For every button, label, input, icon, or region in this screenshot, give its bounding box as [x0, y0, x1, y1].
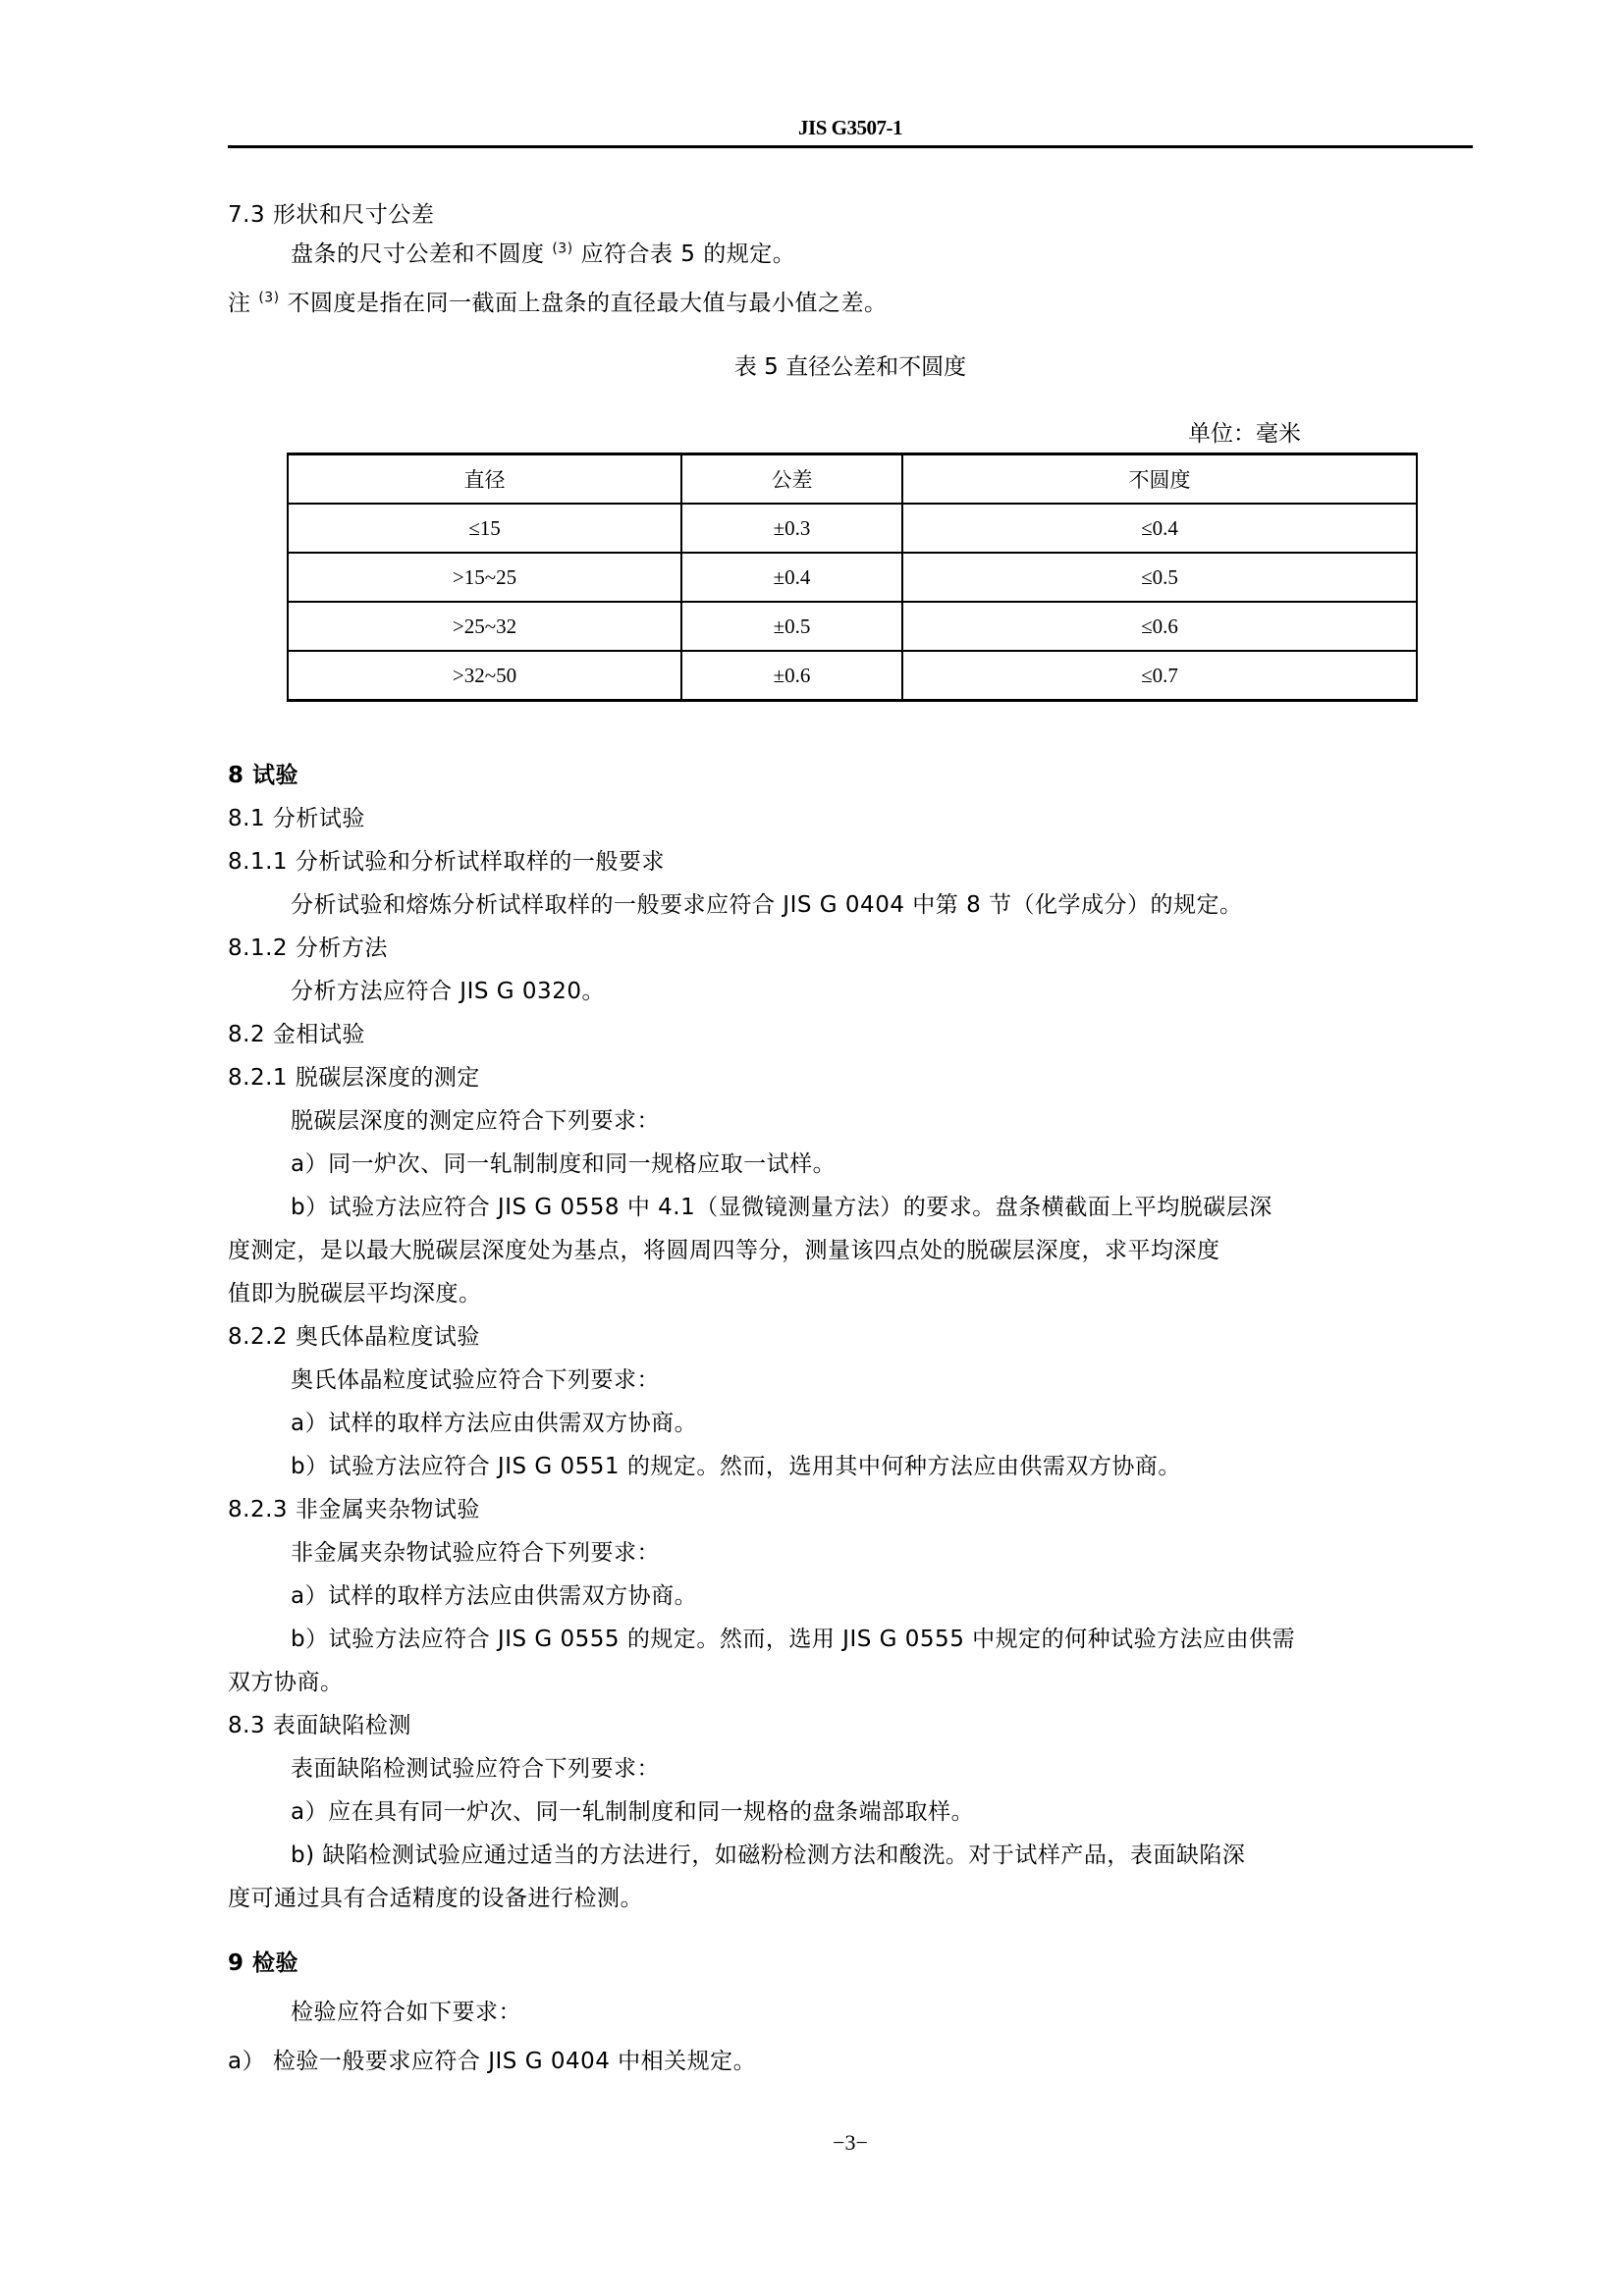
list-item-8-2-3-b-cont: 双方协商。	[228, 1668, 344, 1697]
table-5-unit: 单位：毫米	[1188, 415, 1301, 448]
paragraph-8-2-2-intro: 奥氏体晶粒度试验应符合下列要求：	[291, 1365, 660, 1395]
column-header-diameter: 直径	[288, 454, 681, 505]
section-heading-8-2: 8.2 金相试验	[228, 1020, 365, 1049]
paragraph-7-3: 盘条的尺寸公差和不圆度 (3) 应符合表 5 的规定。	[291, 240, 795, 269]
footnote-ref: (3)	[552, 240, 572, 256]
paragraph-8-3-intro: 表面缺陷检测试验应符合下列要求：	[291, 1754, 660, 1784]
table-row: ≤15 ±0.3 ≤0.4	[288, 504, 1417, 553]
cell-out-of-roundness: ≤0.7	[902, 651, 1417, 701]
header-rule	[228, 145, 1473, 148]
cell-diameter: >25~32	[288, 602, 681, 651]
paragraph-8-2-3-intro: 非金属夹杂物试验应符合下列要求：	[291, 1538, 660, 1568]
note-label: 注	[228, 291, 251, 316]
section-heading-8-2-1: 8.2.1 脱碳层深度的测定	[228, 1063, 480, 1093]
table-row: >32~50 ±0.6 ≤0.7	[288, 651, 1417, 701]
column-header-tolerance: 公差	[681, 454, 902, 505]
cell-tolerance: ±0.4	[681, 553, 902, 602]
table-5-caption: 表 5 直径公差和不圆度	[228, 348, 1473, 381]
paragraph-text: 盘条的尺寸公差和不圆度	[291, 241, 545, 267]
section-heading-8-1-2: 8.1.2 分析方法	[228, 934, 388, 963]
running-header-title: JIS G3507-1	[228, 116, 1473, 140]
table-row: >25~32 ±0.5 ≤0.6	[288, 602, 1417, 651]
list-item-8-2-1-a: a）同一炉次、同一轧制制度和同一规格应取一试样。	[291, 1149, 836, 1179]
paragraph-8-1-1: 分析试验和熔炼分析试样取样的一般要求应符合 JIS G 0404 中第 8 节（…	[291, 890, 1243, 920]
table-header-row: 直径 公差 不圆度	[288, 454, 1417, 505]
column-header-out-of-roundness: 不圆度	[902, 454, 1417, 505]
list-item-8-2-2-a: a）试样的取样方法应由供需双方协商。	[291, 1409, 697, 1438]
cell-tolerance: ±0.3	[681, 504, 902, 553]
section-heading-8-1-1: 8.1.1 分析试验和分析试样取样的一般要求	[228, 847, 665, 877]
list-item-9-a: a） 检验一般要求应符合 JIS G 0404 中相关规定。	[228, 2047, 756, 2076]
paragraph-8-2-1-intro: 脱碳层深度的测定应符合下列要求：	[291, 1106, 660, 1136]
list-item-8-2-1-b: b）试验方法应符合 JIS G 0558 中 4.1（显微镜测量方法）的要求。盘…	[291, 1193, 1272, 1222]
section-heading-8-3: 8.3 表面缺陷检测	[228, 1711, 411, 1740]
paragraph-8-1-2: 分析方法应符合 JIS G 0320。	[291, 977, 605, 1006]
table-5: 直径 公差 不圆度 ≤15 ±0.3 ≤0.4 >15~25 ±0.4 ≤0.5…	[287, 453, 1418, 702]
cell-tolerance: ±0.6	[681, 651, 902, 701]
list-item-8-3-b-cont: 度可通过具有合适精度的设备进行检测。	[228, 1884, 643, 1913]
page-number: −3−	[228, 2130, 1473, 2156]
section-heading-8-1: 8.1 分析试验	[228, 804, 365, 833]
list-item-8-2-2-b: b）试验方法应符合 JIS G 0551 的规定。然而，选用其中何种方法应由供需…	[291, 1452, 1181, 1481]
section-heading-8-2-3: 8.2.3 非金属夹杂物试验	[228, 1495, 480, 1524]
list-item-8-3-a: a）应在具有同一炉次、同一轧制制度和同一规格的盘条端部取样。	[291, 1797, 974, 1827]
note-text: 不圆度是指在同一截面上盘条的直径最大值与最小值之差。	[287, 291, 887, 316]
cell-diameter: >15~25	[288, 553, 681, 602]
list-item-8-3-b: b) 缺陷检测试验应通过适当的方法进行，如磁粉检测方法和酸洗。对于试样产品，表面…	[291, 1841, 1245, 1870]
list-item-8-2-1-b-cont: 度测定，是以最大脱碳层深度处为基点，将圆周四等分，测量该四点处的脱碳层深度，求平…	[228, 1236, 1220, 1265]
footnote-3: 注 (3) 不圆度是指在同一截面上盘条的直径最大值与最小值之差。	[228, 289, 887, 318]
paragraph-text: 应符合表 5 的规定。	[580, 241, 795, 267]
paragraph-9-intro: 检验应符合如下要求：	[291, 1998, 521, 2027]
section-heading-8-2-2: 8.2.2 奥氏体晶粒度试验	[228, 1322, 480, 1352]
cell-out-of-roundness: ≤0.4	[902, 504, 1417, 553]
list-item-8-2-3-a: a）试样的取样方法应由供需双方协商。	[291, 1581, 697, 1611]
footnote-ref: (3)	[258, 290, 279, 305]
section-heading-8: 8 试验	[228, 761, 298, 790]
table-row: >15~25 ±0.4 ≤0.5	[288, 553, 1417, 602]
document-page: JIS G3507-1 7.3 形状和尺寸公差 盘条的尺寸公差和不圆度 (3) …	[0, 0, 1623, 2296]
cell-tolerance: ±0.5	[681, 602, 902, 651]
cell-out-of-roundness: ≤0.5	[902, 553, 1417, 602]
list-item-8-2-1-b-cont: 值即为脱碳层平均深度。	[228, 1279, 482, 1308]
cell-diameter: ≤15	[288, 504, 681, 553]
section-heading-7-3: 7.3 形状和尺寸公差	[228, 200, 434, 230]
cell-out-of-roundness: ≤0.6	[902, 602, 1417, 651]
section-heading-9: 9 检验	[228, 1949, 298, 1978]
cell-diameter: >32~50	[288, 651, 681, 701]
list-item-8-2-3-b: b）试验方法应符合 JIS G 0555 的规定。然而，选用 JIS G 055…	[291, 1625, 1295, 1654]
